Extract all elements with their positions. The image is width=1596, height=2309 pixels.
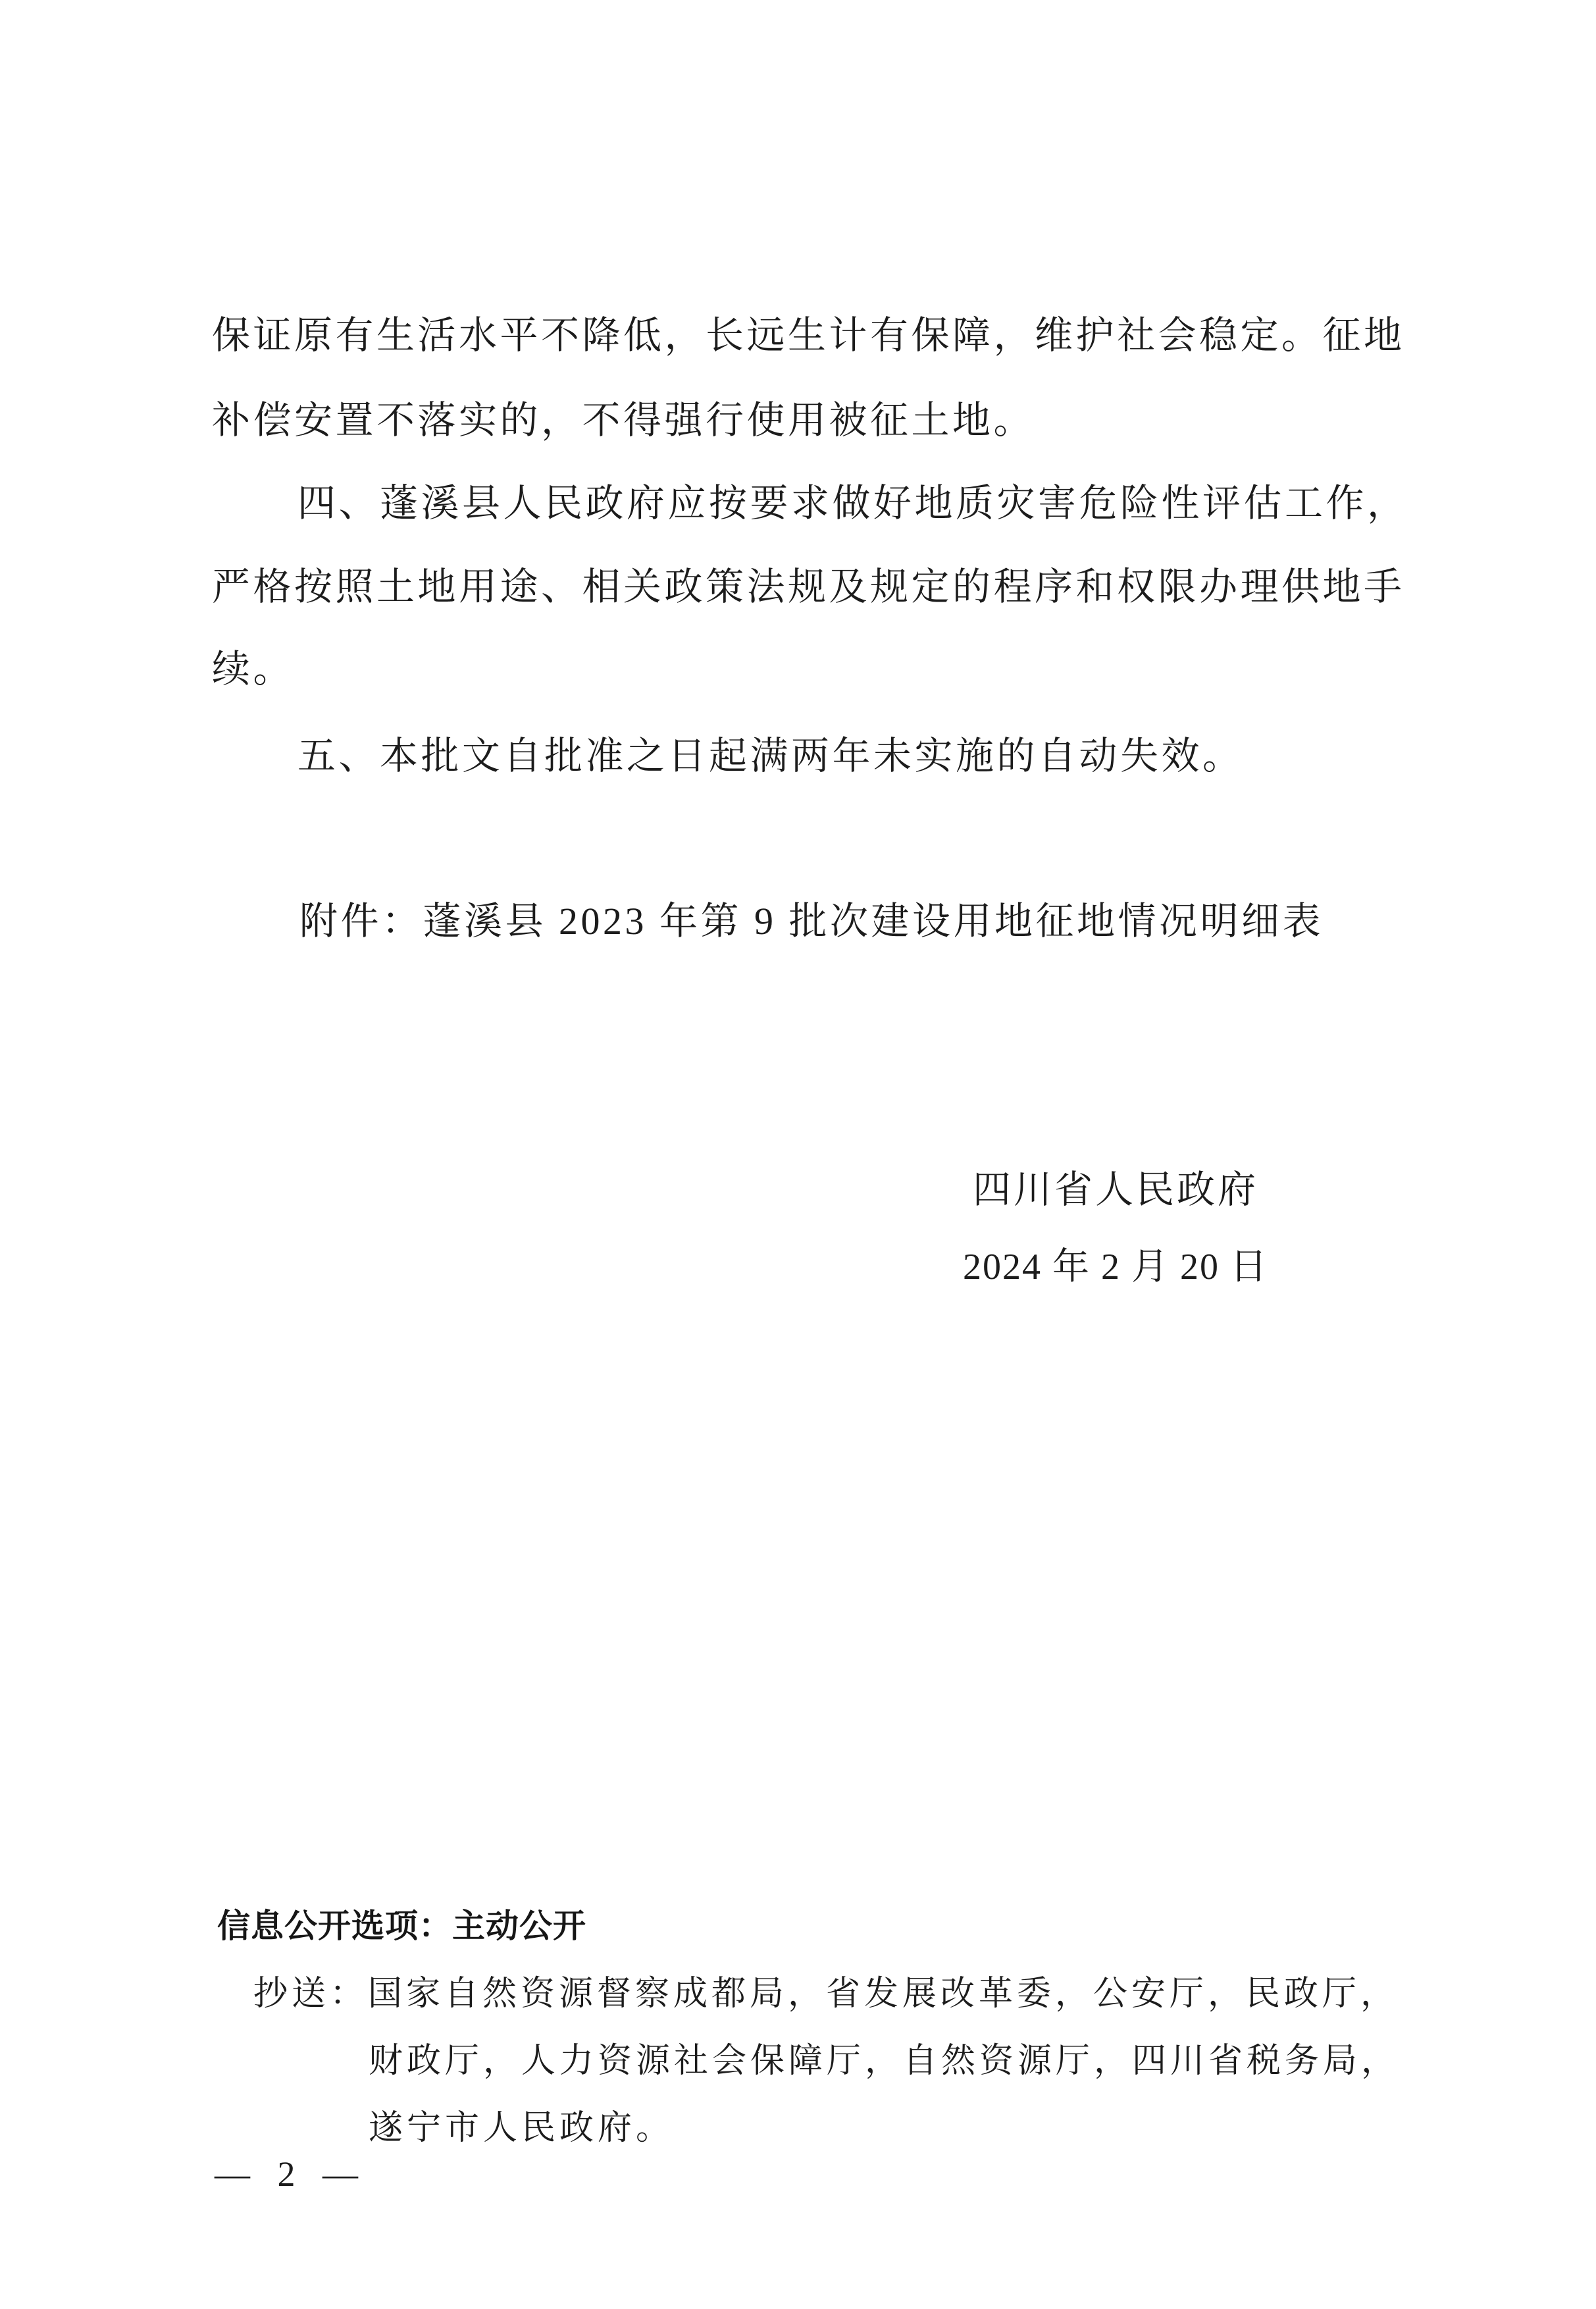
- cc-line-2: 财政厅，人力资源社会保障厅，自然资源厅，四川省税务局，: [369, 2033, 1399, 2082]
- body-line-5: 续。: [212, 648, 294, 690]
- disclosure-option-line: 信息公开选项：主动公开: [217, 1900, 586, 1947]
- body-line-3-item-four: 四、蓬溪县人民政府应按要求做好地质灾害危险性评估工作，: [297, 482, 1408, 525]
- body-line-6-item-five: 五、本批文自批准之日起满两年未实施的自动失效。: [297, 735, 1244, 777]
- attachment-line: 附件：蓬溪县 2023 年第 9 批次建设用地征地情况明细表: [299, 900, 1324, 943]
- cc-line-1: 抄送：国家自然资源督察成都局，省发展改革委，公安厅，民政厅，: [253, 1965, 1399, 2015]
- cc-line-3: 遂宁市人民政府。: [369, 2100, 674, 2149]
- signature-issuer: 四川省人民政府: [908, 1158, 1323, 1214]
- page-number: — 2 —: [215, 2154, 367, 2194]
- body-line-2: 补偿安置不落实的，不得强行使用被征土地。: [212, 400, 1035, 442]
- document-page: 保证原有生活水平不降低，长远生计有保障，维护社会稳定。征地 补偿安置不落实的，不…: [0, 0, 1596, 2309]
- body-line-1: 保证原有生活水平不降低，长远生计有保障，维护社会稳定。征地: [212, 315, 1405, 357]
- signature-date: 2024 年 2 月 20 日: [908, 1237, 1323, 1290]
- body-line-4: 严格按照土地用途、相关政策法规及规定的程序和权限办理供地手: [212, 566, 1405, 608]
